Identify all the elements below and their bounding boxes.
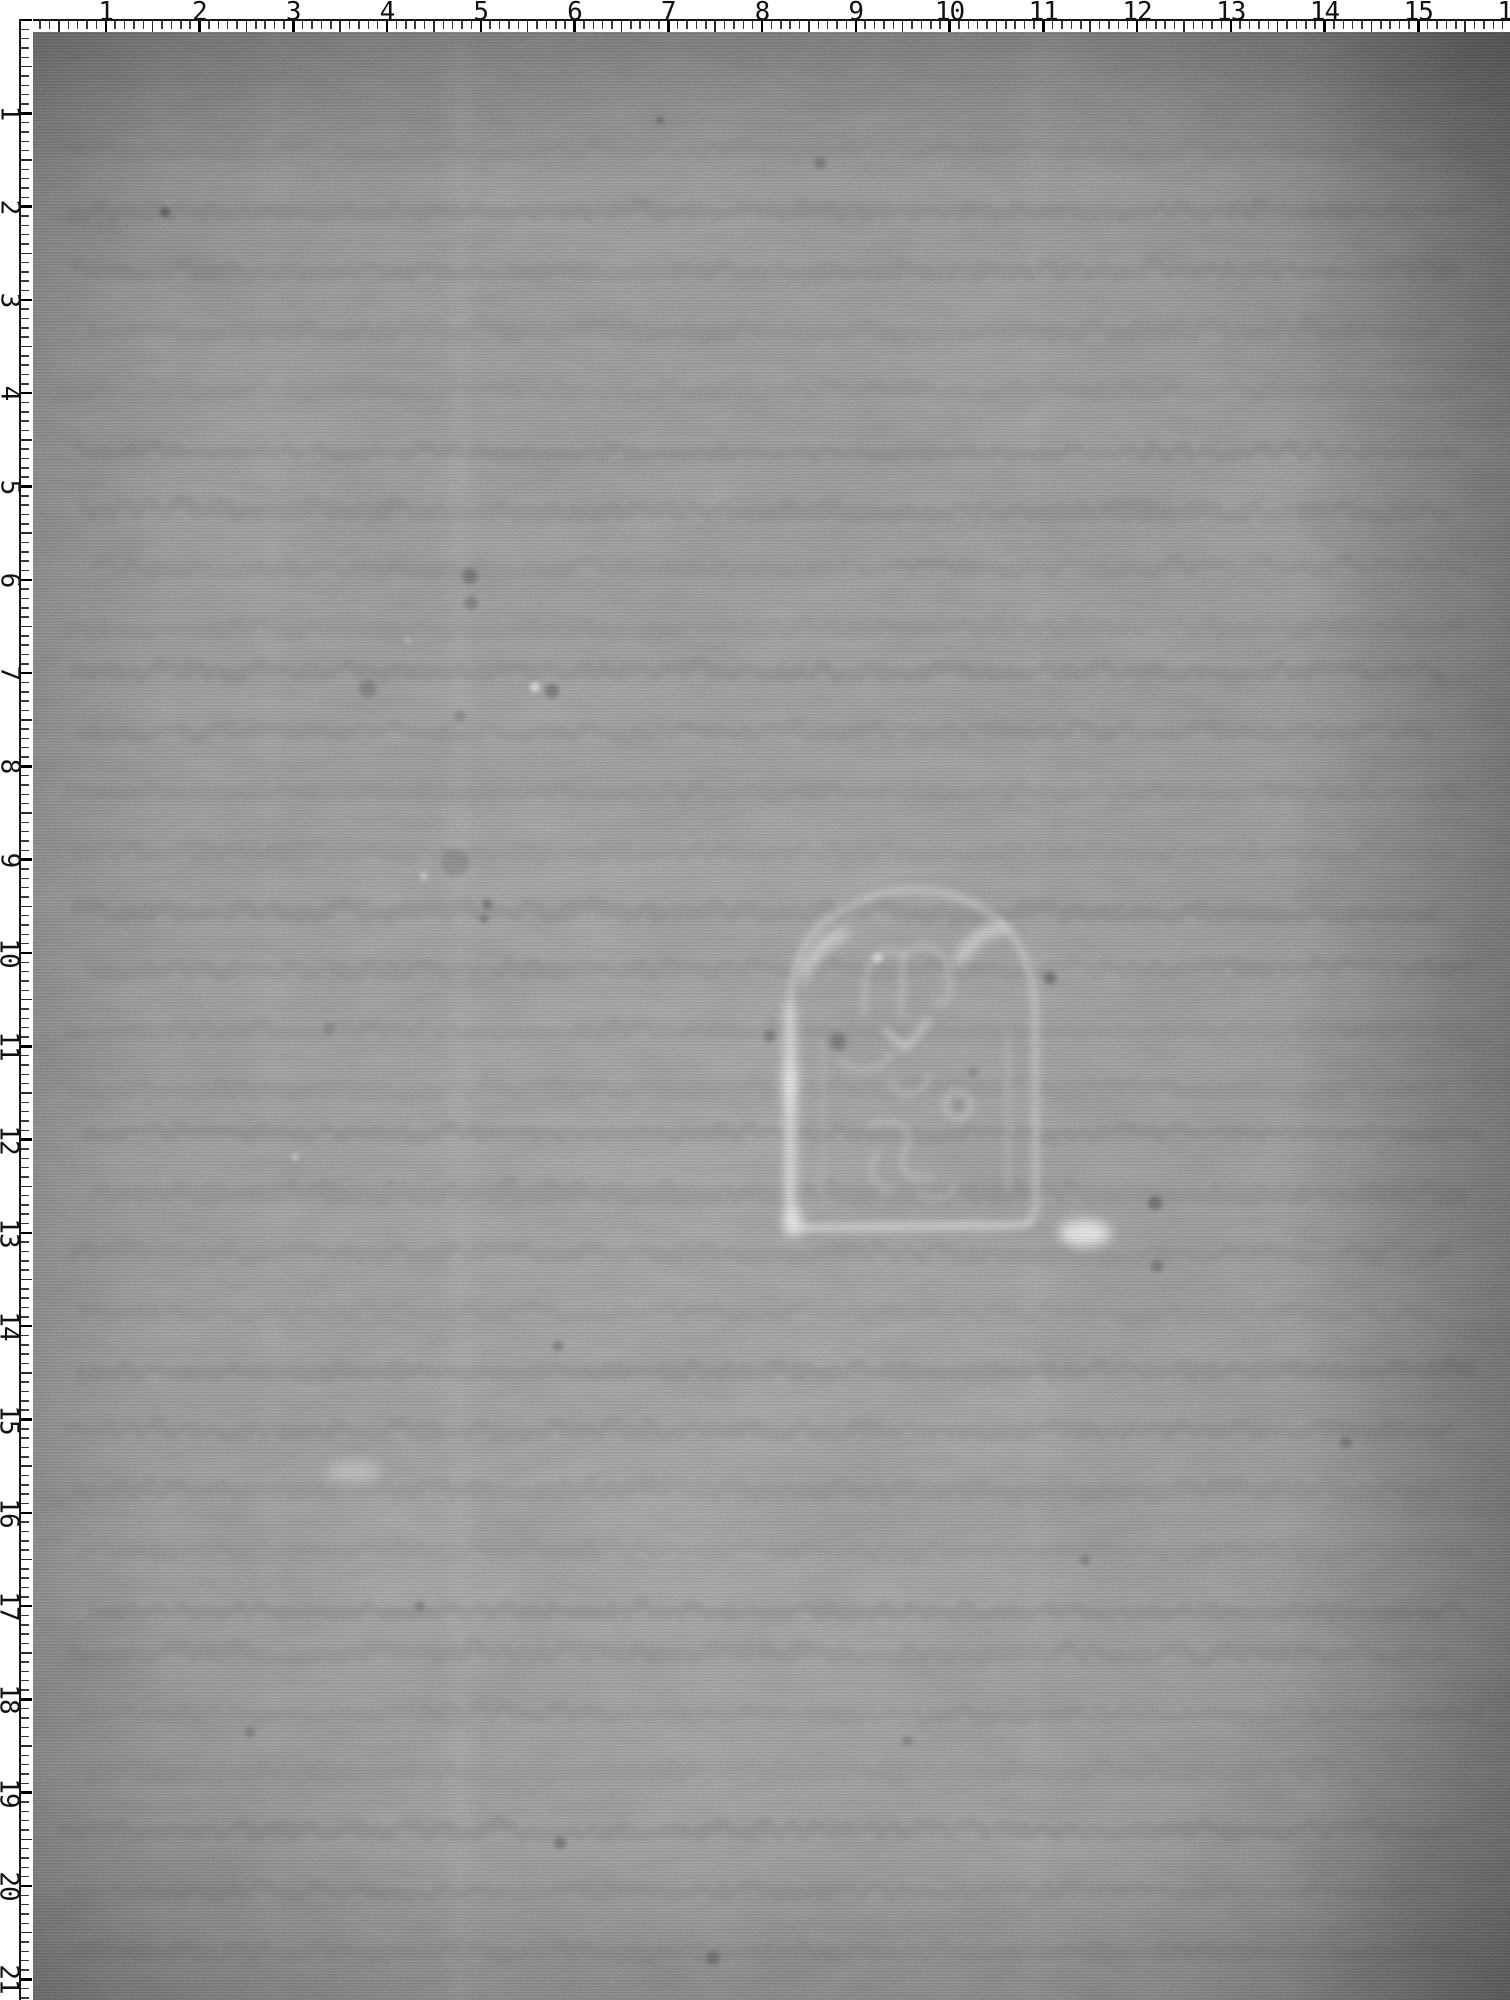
ruler-tick (21, 1307, 29, 1309)
ruler-label: 14 (1310, 0, 1339, 27)
ruler-tick (39, 21, 41, 29)
ruler-tick (21, 1344, 29, 1346)
ruler-tick (21, 1437, 29, 1439)
ruler-tick (21, 1391, 29, 1393)
ruler-label: 8 (755, 0, 770, 27)
ruler-tick (1108, 21, 1110, 29)
ruler-tick (443, 21, 445, 29)
ruler-tick (21, 542, 29, 544)
ruler-tick (21, 94, 29, 96)
ruler-tick (743, 21, 745, 29)
ruler-tick (21, 1120, 29, 1122)
ruler-tick (583, 21, 585, 29)
ruler-tick (21, 1531, 29, 1533)
ruler-tick (921, 21, 923, 29)
ruler-tick (21, 654, 29, 656)
ruler-tick (21, 831, 29, 833)
ruler-tick (21, 1652, 32, 1654)
ruler-tick (1014, 21, 1016, 29)
ruler-tick (1436, 21, 1438, 29)
ruler-tick (21, 840, 29, 842)
ruler-tick (21, 1297, 29, 1299)
ruler-tick (21, 308, 29, 310)
ruler-label: 12 (0, 1125, 21, 1155)
ruler-label: 1 (0, 98, 21, 128)
ruler-tick (21, 1493, 29, 1495)
ruler-tick (21, 1279, 32, 1281)
ruler-tick (21, 1727, 29, 1729)
ruler-tick (21, 1269, 29, 1271)
ruler-tick (21, 644, 29, 646)
ruler-tick (555, 21, 557, 29)
ruler-tick (21, 626, 32, 628)
ruler-tick (21, 1568, 29, 1570)
ruler-tick (21, 560, 29, 562)
ruler-tick (21, 187, 29, 189)
ruler-tick (21, 1577, 29, 1579)
ruler-label: 9 (0, 845, 21, 875)
ruler-tick (339, 21, 341, 32)
ruler-tick (686, 21, 688, 29)
ruler-tick (143, 21, 145, 29)
ruler-tick (21, 728, 29, 730)
ruler-tick (21, 234, 29, 236)
ruler-tick (21, 1102, 29, 1104)
ruler-label: 5 (473, 0, 488, 27)
ruler-tick (864, 21, 866, 29)
ruler-tick (21, 915, 29, 917)
ruler-tick (21, 980, 29, 982)
manuscript-photo (33, 32, 1510, 2000)
ruler-tick (818, 21, 820, 29)
ruler-tick (21, 1820, 29, 1822)
ruler-tick (602, 21, 604, 29)
ruler-tick (21, 1811, 29, 1813)
ruler-tick (21, 19, 32, 22)
ruler-tick (21, 75, 29, 77)
ruler-tick (21, 971, 29, 973)
ruler-label: 2 (0, 192, 21, 222)
ruler-tick (21, 822, 29, 824)
ruler-tick (21, 1867, 29, 1869)
ruler-tick (1352, 21, 1354, 29)
ruler-label: 8 (0, 751, 21, 781)
ruler-tick (1258, 21, 1260, 29)
ruler-tick (180, 21, 182, 29)
ruler-tick (21, 1932, 32, 1934)
ruler-tick (902, 21, 904, 32)
ruler-tick (21, 934, 29, 936)
ruler-tick (21, 439, 32, 441)
ruler-tick (508, 21, 510, 29)
ruler-tick (21, 85, 29, 87)
ruler-tick (1343, 21, 1345, 29)
ruler-label: 12 (1122, 0, 1151, 27)
ruler-tick (21, 1857, 29, 1859)
ruler-label: 19 (0, 1778, 21, 1808)
ruler-tick (321, 21, 323, 29)
ruler-tick (21, 159, 32, 161)
ruler-tick (21, 1848, 29, 1850)
ruler-label: 21 (0, 1964, 21, 1994)
ruler-tick (21, 1773, 29, 1775)
ruler-tick (1380, 21, 1382, 29)
ruler-tick (1399, 21, 1401, 29)
ruler-tick (21, 225, 29, 227)
ruler-tick (733, 21, 735, 29)
ruler-label: 3 (0, 285, 21, 315)
ruler-tick (227, 21, 229, 29)
ruler-tick (1080, 21, 1082, 29)
ruler-label: 10 (935, 0, 964, 27)
ruler-label: 6 (0, 565, 21, 595)
ruler-tick (246, 21, 248, 32)
ruler-tick (827, 21, 829, 29)
ruler-tick (377, 21, 379, 29)
ruler-tick (21, 215, 29, 217)
ruler-tick (21, 169, 29, 171)
ruler-tick (714, 21, 716, 32)
ruler-tick (21, 1213, 29, 1215)
ruler-tick (21, 747, 29, 749)
ruler-tick (21, 57, 29, 59)
ruler-tick (1071, 21, 1073, 29)
ruler-tick (452, 21, 454, 29)
ruler-tick (21, 999, 32, 1001)
ruler-tick (86, 21, 88, 29)
ruler-tick (21, 47, 29, 49)
ruler-tick (21, 346, 32, 348)
ruler-tick (630, 21, 632, 29)
ruler-tick (21, 1176, 29, 1178)
ruler-tick (893, 21, 895, 29)
ruler-tick (21, 122, 29, 124)
ruler-tick (986, 21, 988, 29)
ruler-tick (358, 21, 360, 29)
ruler-tick (21, 1829, 29, 1831)
ruler-label: 2 (192, 0, 207, 27)
ruler-tick (1024, 21, 1026, 29)
ruler-tick (21, 476, 29, 478)
ruler-tick (968, 21, 970, 29)
ruler-label: 4 (0, 378, 21, 408)
ruler-tick (21, 803, 29, 805)
ruler-tick (21, 1484, 29, 1486)
ruler-tick (171, 21, 173, 29)
ruler-tick (21, 756, 29, 758)
ruler-tick (21, 710, 29, 712)
ruler-tick (21, 1745, 32, 1747)
ruler-tick (658, 21, 660, 29)
ruler-tick (21, 1549, 29, 1551)
ruler-tick (461, 21, 463, 29)
ruler-tick (77, 21, 79, 29)
ruler-label: 4 (380, 0, 395, 27)
ruler-tick (21, 1288, 29, 1290)
ruler-tick (424, 21, 426, 29)
ruler-tick (489, 21, 491, 29)
ruler-tick (21, 383, 29, 385)
ruler-tick (21, 887, 29, 889)
ruler-tick (21, 1251, 29, 1253)
ruler-tick (114, 21, 116, 29)
ruler-tick (21, 551, 29, 553)
scan-viewport: 012345678910111213141516 123456789101112… (0, 0, 1510, 2000)
ruler-tick (1296, 21, 1298, 29)
ruler-tick (471, 21, 473, 29)
ruler-tick (21, 131, 29, 133)
ruler-tick (1371, 21, 1373, 32)
ruler-tick (58, 21, 60, 32)
ruler-tick (21, 504, 29, 506)
ruler-tick (1164, 21, 1166, 29)
ruler-tick (21, 150, 29, 152)
ruler-tick (1061, 21, 1063, 29)
ruler-tick (836, 21, 838, 29)
ruler-tick (1493, 21, 1495, 29)
ruler-label: 18 (0, 1684, 21, 1714)
ruler-label: 16 (0, 1498, 21, 1528)
ruler-tick (1211, 21, 1213, 29)
ruler-tick (1446, 21, 1448, 29)
ruler-tick (274, 21, 276, 29)
ruler-tick (696, 21, 698, 29)
ruler-vertical: 123456789101112131415161718192021 (0, 0, 33, 2000)
ruler-tick (21, 1540, 29, 1542)
photo-render (33, 32, 1510, 2000)
ruler-tick (1202, 21, 1204, 29)
ruler-tick (21, 1839, 32, 1841)
ruler-tick (649, 21, 651, 29)
ruler-tick (21, 1923, 29, 1925)
ruler-tick (21, 990, 29, 992)
ruler-tick (21, 1167, 29, 1169)
ruler-tick (21, 1027, 29, 1029)
ruler-tick (433, 21, 435, 32)
ruler-tick (527, 21, 529, 32)
ruler-tick (21, 1680, 29, 1682)
ruler-tick (799, 21, 801, 29)
ruler-tick (677, 21, 679, 29)
ruler-tick (21, 1624, 29, 1626)
ruler-tick (21, 1064, 29, 1066)
ruler-label: 10 (0, 938, 21, 968)
ruler-tick (21, 878, 29, 880)
ruler-tick (1118, 21, 1120, 29)
ruler-tick (21, 691, 29, 693)
ruler-tick (21, 1661, 29, 1663)
ruler-label: 5 (0, 472, 21, 502)
ruler-tick (1286, 21, 1288, 29)
ruler-tick (21, 868, 29, 870)
ruler-tick (21, 784, 29, 786)
ruler-tick (49, 21, 51, 29)
ruler-tick (21, 775, 29, 777)
ruler-horizontal: 012345678910111213141516 (0, 0, 1510, 32)
ruler-tick (21, 1913, 29, 1915)
ruler-tick (21, 1018, 29, 1020)
ruler-tick (96, 21, 98, 29)
ruler-tick (21, 1755, 29, 1757)
ruler-tick (21, 1400, 29, 1402)
ruler-tick (152, 21, 154, 32)
ruler-tick (977, 21, 979, 29)
ruler-tick (21, 1736, 29, 1738)
ruler-label: 15 (1404, 0, 1433, 27)
ruler-tick (236, 21, 238, 29)
ruler-tick (21, 598, 29, 600)
ruler-tick (536, 21, 538, 29)
ruler-label: 13 (0, 1218, 21, 1248)
ruler-tick (21, 420, 29, 422)
ruler-tick (21, 514, 29, 516)
ruler-tick (1089, 21, 1091, 32)
ruler-tick (21, 700, 29, 702)
ruler-label: 20 (0, 1871, 21, 1901)
ruler-tick (499, 21, 501, 29)
ruler-tick (349, 21, 351, 29)
ruler-tick (846, 21, 848, 29)
ruler-tick (21, 253, 32, 255)
ruler-tick (21, 1951, 29, 1953)
ruler-tick (593, 21, 595, 29)
ruler-tick (330, 21, 332, 29)
ruler-tick (883, 21, 885, 29)
ruler-tick (21, 197, 29, 199)
ruler-tick (21, 719, 32, 721)
ruler-tick (21, 29, 29, 31)
ruler-tick (124, 21, 126, 29)
ruler-tick (21, 364, 29, 366)
ruler-tick (1268, 21, 1270, 29)
ruler-tick (21, 588, 29, 590)
ruler-tick (21, 1186, 32, 1188)
ruler-tick (21, 1260, 29, 1262)
ruler-tick (21, 1363, 29, 1365)
ruler-tick (21, 607, 29, 609)
ruler-tick (564, 21, 566, 29)
ruler-label: 9 (848, 0, 863, 27)
ruler-tick (724, 21, 726, 29)
ruler-tick (21, 1195, 29, 1197)
ruler-tick (133, 21, 135, 29)
ruler-tick (780, 21, 782, 29)
ruler-tick (1305, 21, 1307, 29)
ruler-tick (21, 1158, 29, 1160)
ruler-tick (1174, 21, 1176, 29)
ruler-tick (21, 896, 29, 898)
ruler-tick (21, 458, 29, 460)
ruler-tick (930, 21, 932, 29)
ruler-tick (546, 21, 548, 29)
ruler-tick (21, 336, 29, 338)
ruler-tick (21, 467, 29, 469)
ruler-tick (1474, 21, 1476, 29)
ruler-tick (21, 66, 32, 68)
ruler-tick (396, 21, 398, 29)
ruler-tick (518, 21, 520, 29)
ruler-tick (639, 21, 641, 29)
ruler-tick (21, 103, 29, 105)
ruler-tick (752, 21, 754, 29)
ruler-tick (1389, 21, 1391, 29)
ruler-tick (21, 812, 32, 814)
ruler-tick (21, 1456, 29, 1458)
ruler-tick (189, 21, 191, 29)
ruler-tick (21, 271, 29, 273)
ruler-label: 11 (0, 1031, 21, 1061)
ruler-tick (21, 794, 29, 796)
ruler-label: 16 (1497, 0, 1510, 27)
ruler-tick (21, 1587, 29, 1589)
ruler-tick (21, 682, 29, 684)
ruler-tick (311, 21, 313, 29)
ruler-label: 1 (98, 0, 113, 27)
ruler-tick (21, 1008, 29, 1010)
ruler-tick (21, 1633, 29, 1635)
ruler-tick (621, 21, 623, 32)
ruler-label: 6 (567, 0, 582, 27)
ruler-tick (21, 141, 29, 143)
ruler-tick (161, 21, 163, 29)
ruler-tick (405, 21, 407, 29)
ruler-tick (283, 21, 285, 29)
ruler-tick (1193, 21, 1195, 29)
ruler-tick (21, 448, 29, 450)
ruler-tick (218, 21, 220, 29)
ruler-tick (21, 1475, 29, 1477)
ruler-tick (996, 21, 998, 32)
ruler-tick (705, 21, 707, 29)
ruler-tick (1249, 21, 1251, 29)
ruler-tick (208, 21, 210, 29)
ruler-tick (21, 1083, 29, 1085)
ruler-tick (21, 430, 29, 432)
ruler-tick (1361, 21, 1363, 29)
ruler-label: 11 (1029, 0, 1058, 27)
ruler-tick (21, 1997, 29, 1999)
ruler-tick (21, 243, 29, 245)
film-grain (33, 32, 1510, 2000)
ruler-tick (21, 1381, 29, 1383)
ruler-tick (21, 924, 29, 926)
ruler-tick (21, 1960, 29, 1962)
ruler-tick (21, 1372, 32, 1374)
ruler-tick (1277, 21, 1279, 32)
ruler-tick (21, 327, 29, 329)
ruler-tick (1183, 21, 1185, 32)
ruler-tick (21, 495, 29, 497)
ruler-tick (874, 21, 876, 29)
ruler-tick (21, 1717, 29, 1719)
ruler-tick (21, 1465, 32, 1467)
ruler-tick (611, 21, 613, 29)
ruler-tick (414, 21, 416, 29)
ruler-tick (21, 616, 29, 618)
ruler-tick (255, 21, 257, 29)
ruler-tick (21, 355, 29, 357)
ruler-tick (21, 1204, 29, 1206)
ruler-tick (21, 1074, 29, 1076)
ruler-tick (68, 21, 70, 29)
ruler-tick (21, 1111, 29, 1113)
ruler-tick (21, 411, 29, 413)
ruler-tick (21, 374, 29, 376)
ruler-tick (21, 532, 32, 534)
ruler-tick (21, 1092, 32, 1094)
ruler-label: 7 (0, 658, 21, 688)
ruler-label: 17 (0, 1591, 21, 1621)
